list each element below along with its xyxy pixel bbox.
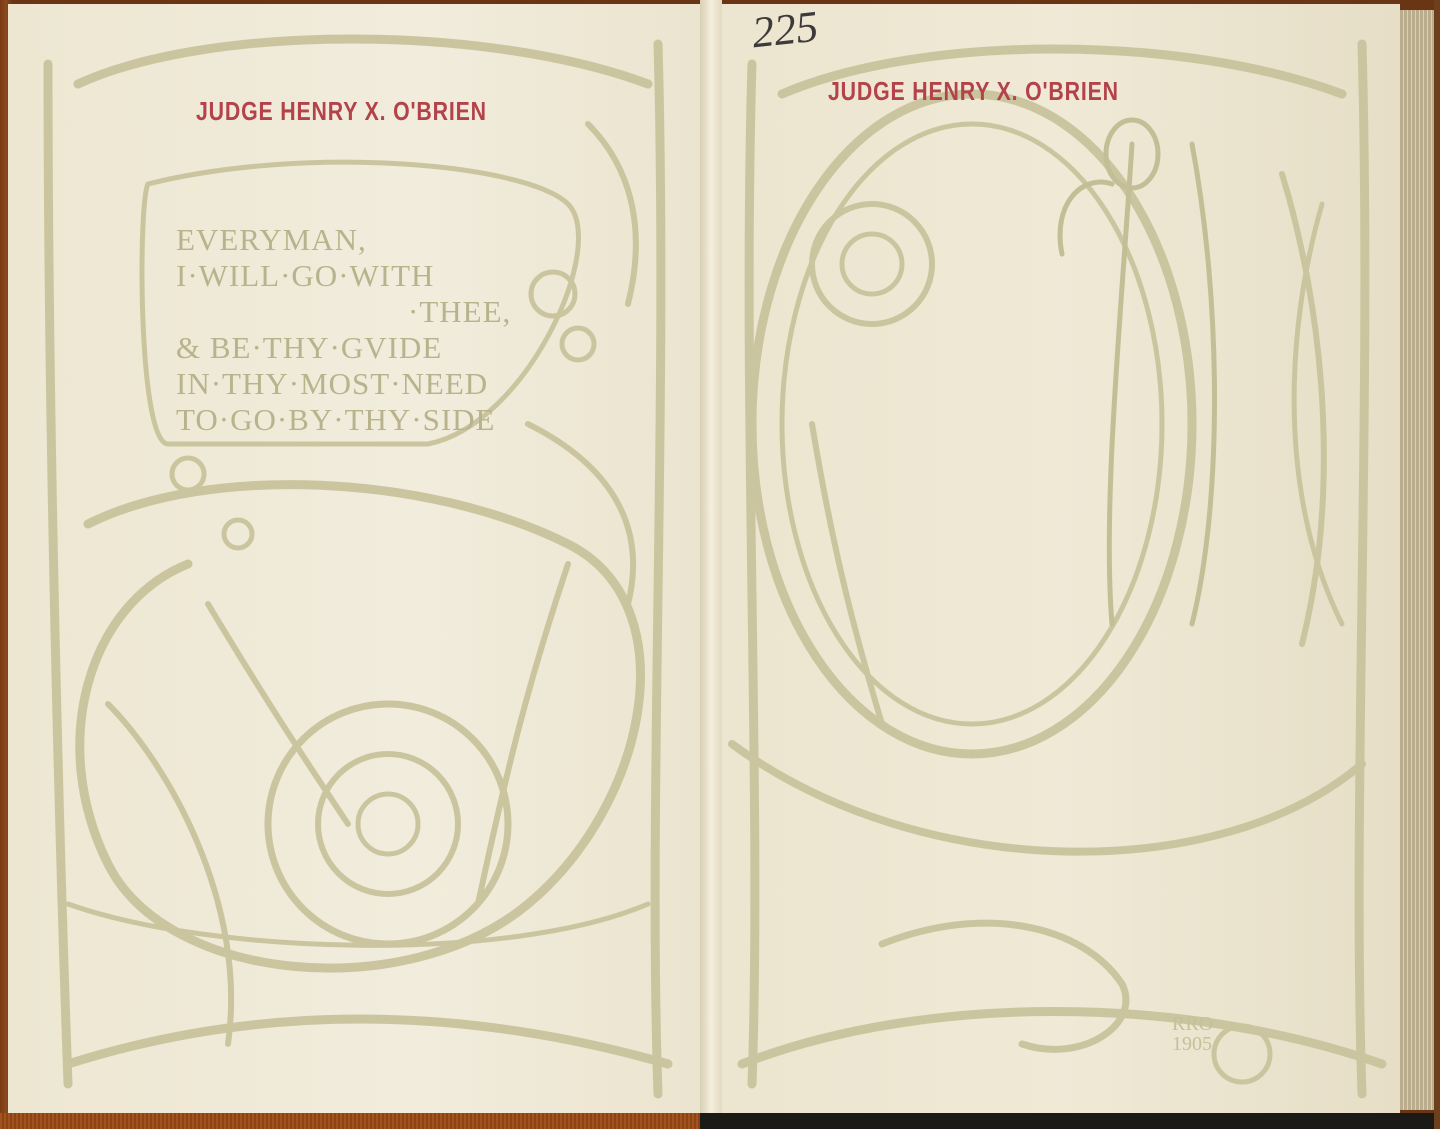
cover-cloth-edge bbox=[0, 1113, 700, 1129]
verse-line: TO·GO·BY·THY·SIDE bbox=[176, 402, 511, 438]
verse-line: IN·THY·MOST·NEED bbox=[176, 366, 511, 402]
artist-monogram: RRO 1905 bbox=[1172, 1014, 1213, 1054]
pencil-number: 225 bbox=[750, 1, 821, 59]
verse-line: EVERYMAN, bbox=[176, 222, 511, 258]
owner-stamp: JUDGE HENRY X. O'BRIEN bbox=[828, 76, 1119, 107]
verse-text: EVERYMAN, I·WILL·GO·WITH ·THEE, & BE·THY… bbox=[176, 222, 511, 438]
right-endpaper: JUDGE HENRY X. O'BRIEN RRO 1905 bbox=[722, 4, 1400, 1113]
verse-line: ·THEE, bbox=[176, 294, 511, 330]
left-endpaper: JUDGE HENRY X. O'BRIEN EVERYMAN, I·WILL·… bbox=[8, 4, 700, 1113]
monogram-letters: RRO bbox=[1172, 1014, 1213, 1034]
page-block-edge bbox=[1400, 10, 1434, 1110]
verse-line: I·WILL·GO·WITH bbox=[176, 258, 511, 294]
cover-shadow bbox=[700, 1113, 1440, 1129]
vine-ornament-left bbox=[8, 4, 700, 1113]
owner-stamp: JUDGE HENRY X. O'BRIEN bbox=[196, 96, 487, 127]
monogram-year: 1905 bbox=[1172, 1034, 1213, 1054]
book-gutter bbox=[700, 0, 722, 1113]
vine-ornament-right bbox=[722, 4, 1400, 1113]
cover-edge-right bbox=[1434, 0, 1440, 1129]
verse-line: & BE·THY·GVIDE bbox=[176, 330, 511, 366]
